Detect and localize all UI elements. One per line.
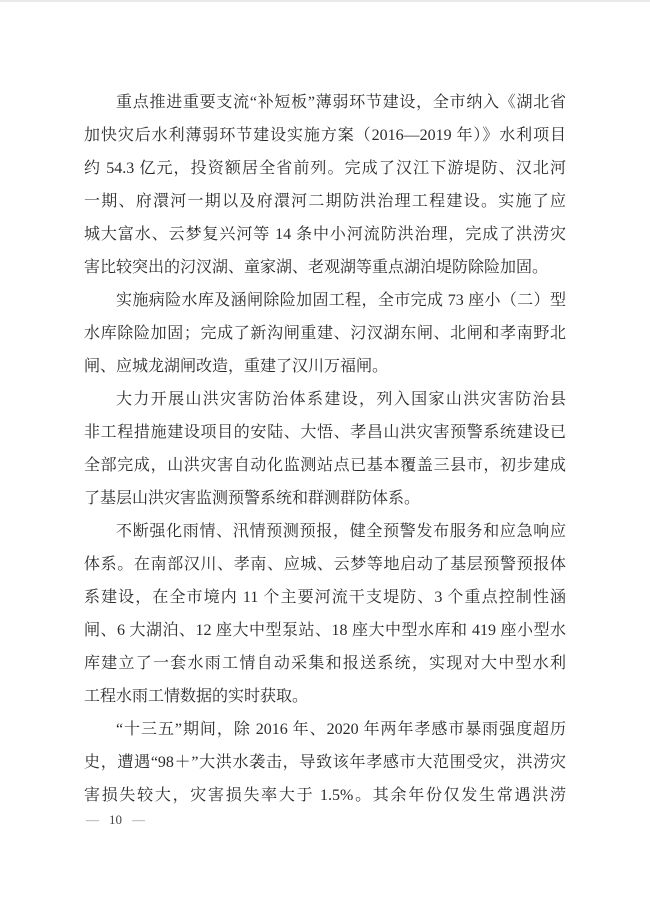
footer-dash-left: — bbox=[86, 811, 99, 829]
paragraph: 重点推进重要支流“补短板”薄弱环节建设，全市纳入《湖北省加快灾后水利薄弱环节建设… bbox=[84, 86, 566, 284]
paragraph: 不断强化雨情、汛情预测预报，健全预警发布服务和应急响应体系。在南部汉川、孝南、应… bbox=[84, 515, 566, 713]
text-line: 重点推进重要支流“补短板”薄弱环节建设，全市纳入《湖北省 bbox=[84, 86, 566, 119]
paragraph: 大力开展山洪灾害防治体系建设，列入国家山洪灾害防治县非工程措施建设项目的安陆、大… bbox=[84, 383, 566, 515]
text-line: 约 54.3 亿元，投资额居全省前列。完成了汉江下游堤防、汉北河 bbox=[84, 152, 566, 185]
text-line: 实施病险水库及涵闸除险加固工程，全市完成 73 座小（二）型 bbox=[84, 284, 566, 317]
scan-edge-line bbox=[0, 0, 650, 2]
text-line: 闸、应城龙湖闸改造，重建了汉川万福闸。 bbox=[84, 350, 566, 383]
text-line: 不断强化雨情、汛情预测预报，健全预警发布服务和应急响应 bbox=[84, 515, 566, 548]
paragraph: “十三五”期间，除 2016 年、2020 年两年孝感市暴雨强度超历史，遭遇“9… bbox=[84, 713, 566, 812]
text-line: 一期、府澴河一期以及府澴河二期防洪治理工程建设。实施了应 bbox=[84, 185, 566, 218]
footer-dash-right: — bbox=[132, 811, 145, 829]
text-line: 库建立了一套水雨工情自动采集和报送系统，实现对大中型水利 bbox=[84, 647, 566, 680]
text-line: 城大富水、云梦复兴河等 14 条中小河流防洪治理，完成了洪涝灾 bbox=[84, 218, 566, 251]
text-line: 全部完成，山洪灾害自动化监测站点已基本覆盖三县市，初步建成 bbox=[84, 449, 566, 482]
text-line: 系建设，在全市境内 11 个主要河流干支堤防、3 个重点控制性涵 bbox=[84, 581, 566, 614]
text-line: “十三五”期间，除 2016 年、2020 年两年孝感市暴雨强度超历 bbox=[84, 713, 566, 746]
document-body: 重点推进重要支流“补短板”薄弱环节建设，全市纳入《湖北省加快灾后水利薄弱环节建设… bbox=[84, 86, 566, 812]
text-line: 害比较突出的汈汊湖、童家湖、老观湖等重点湖泊堤防除险加固。 bbox=[84, 251, 566, 284]
text-line: 工程水雨工情数据的实时获取。 bbox=[84, 680, 566, 713]
paragraph: 实施病险水库及涵闸除险加固工程，全市完成 73 座小（二）型水库除险加固；完成了… bbox=[84, 284, 566, 383]
document-page: 重点推进重要支流“补短板”薄弱环节建设，全市纳入《湖北省加快灾后水利薄弱环节建设… bbox=[0, 0, 650, 919]
text-line: 害损失较大，灾害损失率大于 1.5%。其余年份仅发生常遇洪涝 bbox=[84, 779, 566, 812]
page-footer: — 10 — bbox=[86, 811, 145, 829]
page-number: 10 bbox=[109, 811, 122, 829]
text-line: 闸、6 大湖泊、12 座大中型泵站、18 座大中型水库和 419 座小型水 bbox=[84, 614, 566, 647]
text-line: 了基层山洪灾害监测预警系统和群测群防体系。 bbox=[84, 482, 566, 515]
text-line: 非工程措施建设项目的安陆、大悟、孝昌山洪灾害预警系统建设已 bbox=[84, 416, 566, 449]
text-line: 加快灾后水利薄弱环节建设实施方案（2016—2019 年）》水利项目 bbox=[84, 119, 566, 152]
text-line: 水库除险加固；完成了新沟闸重建、汈汊湖东闸、北闸和孝南野北 bbox=[84, 317, 566, 350]
text-line: 史，遭遇“98＋”大洪水袭击，导致该年孝感市大范围受灾，洪涝灾 bbox=[84, 746, 566, 779]
text-line: 大力开展山洪灾害防治体系建设，列入国家山洪灾害防治县 bbox=[84, 383, 566, 416]
text-line: 体系。在南部汉川、孝南、应城、云梦等地启动了基层预警预报体 bbox=[84, 548, 566, 581]
